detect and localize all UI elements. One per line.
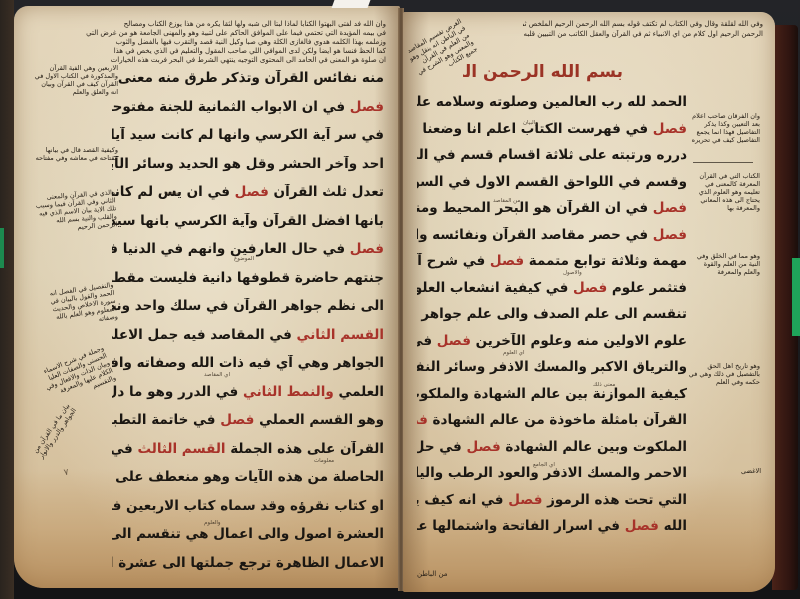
rubric-heading: والنمط الثاني xyxy=(243,384,334,400)
text-line: في سر آية الكرسي وانها لم كانت سيد آيات … xyxy=(112,127,384,143)
right-green-marker xyxy=(792,258,800,336)
text-segment: في حال العارفين وانهم في الدنيا في جنة ع… xyxy=(112,241,350,257)
header-note-line: كما الحظ فنسا هو أيضا ولكن لدى الموافي ا… xyxy=(34,47,386,56)
left-page: وان الله فد لفتى البهتوا الكتابا لماذا ل… xyxy=(14,6,400,588)
margin-note: الكتاب التي في القرآن المعرفة كالمعنى في… xyxy=(688,172,760,242)
text-segment: بانها افضل القرآن وآية الكرسي بانها سيدة… xyxy=(112,213,384,229)
text-line: فصل في ان القرآن هو البحر المحيط ومنطو ع… xyxy=(417,200,687,216)
text-segment: في ان الابواب الثمانية للجنة مفتوحة في ا… xyxy=(112,99,350,115)
text-segment: مهمة وثلاثة توابع متممة xyxy=(524,253,687,269)
text-line: مهمة وثلاثة توابع متممة فصل في شرح آحاد … xyxy=(417,253,687,269)
text-segment: القرآن بامثلة ماخوذة من عالم الشهادة xyxy=(428,412,687,428)
text-line: التي تحت هذه الرموز فصل في انه كيف يفضل … xyxy=(417,492,687,508)
header-note-line: وزملمه بهذا الكلمه هدوي فالغازى الكلة وه… xyxy=(34,38,386,47)
rubric-heading: فصل xyxy=(466,439,500,455)
rubric-heading: فصل xyxy=(417,412,428,428)
rubric-heading: القسم الثالث xyxy=(137,441,225,457)
text-line: الى نظم جواهر القرآن في سلك واحد ونظم در… xyxy=(112,298,384,314)
text-line: الجواهر وهي آي فيه ذات الله وصفاته وافعا… xyxy=(112,355,384,371)
text-segment: منه نفائس القرآن وتذكر طرق منه معنى الرح… xyxy=(112,70,384,86)
text-line: الحاصلة من هذه الآيات وهو منعطف على جملة… xyxy=(112,469,384,485)
text-line: بانها افضل القرآن وآية الكرسي بانها سيدة… xyxy=(112,213,384,229)
text-segment: الجواهر وهي آي فيه ذات الله وصفاته وافعا… xyxy=(112,355,384,371)
interlinear-gloss: الموضوع xyxy=(234,256,254,262)
text-segment: في كيفية انشعاب العلوم كلها من الاقسام ا… xyxy=(417,280,573,296)
rubric-heading: فصل xyxy=(653,121,687,137)
text-segment: الاعمال الظاهرة ترجع جملتها الى عشرة اصو… xyxy=(112,555,384,571)
text-line: وهو القسم العملي فصل في خاتمة التطبيق وف… xyxy=(112,412,384,428)
text-segment: في المقاصد فيه جمل الاعلى آيات القرآن وه… xyxy=(112,327,297,343)
text-segment: في حصر مقاصد القرآن ونفائسه وانها ترجع ا… xyxy=(417,227,653,243)
header-note-line: الرحمن الرحيم اول كلام من اي الانبياء ثم… xyxy=(523,30,763,39)
left-cover-edge xyxy=(0,0,14,599)
text-segment: درره ورتبته على ثلاثة اقسام قسم في المقد… xyxy=(417,147,687,163)
text-line: فصل في فهرست الكتاب اعلم انا وضعنا هذا ا… xyxy=(417,121,687,137)
text-line: درره ورتبته على ثلاثة اقسام قسم في المقد… xyxy=(417,147,687,163)
interlinear-gloss: اي العلوم xyxy=(503,350,525,356)
text-segment: الله xyxy=(659,518,687,534)
margin-note: وان الفرقان صاحب اعلام بعد التعيين وكذا … xyxy=(688,112,760,172)
text-segment: في خاتمة التطبيق وفيه بيان العذر في الاق… xyxy=(112,412,220,428)
header-note-line: وفي الله لقلقة وقال وفي الكتاب لم تكتف ق… xyxy=(523,20,763,29)
margin-note: الاغضى xyxy=(721,467,761,479)
text-segment: في ان القرآن هو البحر المحيط ومنطو على ا… xyxy=(417,200,653,216)
rubric-heading: فصل xyxy=(573,280,607,296)
margin-rule xyxy=(693,162,753,163)
text-line: العشرة اصول والى اعمال هي تنقسم الى الاع… xyxy=(112,526,384,542)
interlinear-gloss: معنى ذلك xyxy=(593,382,615,388)
text-segment: جنتهم حاضرة قطوفها دانية فليست مقطوعة ول… xyxy=(112,270,384,286)
text-line: القرآن على هذه الجملة القسم الثالث في ال… xyxy=(112,441,384,457)
interlinear-gloss: اي المقاصد xyxy=(204,372,230,378)
text-line: فصل في حال العارفين وانهم في الدنيا في ج… xyxy=(112,241,384,257)
text-line: فتثمر علوم فصل في كيفية انشعاب العلوم كل… xyxy=(417,280,687,296)
text-segment: في سر آية الكرسي وانها لم كانت سيد آيات … xyxy=(112,127,384,143)
rubric-heading: فصل xyxy=(220,412,254,428)
rubric-heading: القسم الثاني xyxy=(297,327,384,343)
text-line: علوم الاولين منه وعلوم الآخرين فصل في بي… xyxy=(417,333,687,349)
margin-note: والذي في القرآن والمعنى الثاني وفي القرآ… xyxy=(35,188,121,283)
rubric-heading: فصل xyxy=(235,184,269,200)
header-note-line: في بيمه المؤيدة التي تحتمي فيما على المو… xyxy=(34,29,386,38)
rubric-heading: فصل xyxy=(653,200,687,216)
text-line: تعدل ثلث القرآن فصل في ان يس لم كانت قلب… xyxy=(112,184,384,200)
text-segment: في انه كيف يفضل بعض آيات القرآن على بعض … xyxy=(417,492,508,508)
text-line: احد وآخر الحشر وقل هو الحديد وسائر الآيا… xyxy=(112,156,384,172)
interlinear-gloss: والعلوم xyxy=(204,520,221,526)
text-line: العلمي والنمط الثاني في الدرر وهو ما دل … xyxy=(112,384,384,400)
rubric-heading: فصل xyxy=(437,333,471,349)
text-segment: التي تحت هذه الرموز xyxy=(542,492,687,508)
text-segment: في حل الرموز التي تحت اسم الترياق الاكبر… xyxy=(417,439,466,455)
text-segment: والترياق الاكبر والمسك الاذفر وسائر النف… xyxy=(417,359,687,375)
text-segment: علوم الاولين منه وعلوم الآخرين xyxy=(471,333,687,349)
text-segment: الى نظم جواهر القرآن في سلك واحد ونظم در… xyxy=(112,298,384,314)
text-segment: وقسم في اللواحق القسم الاول في السوابق و… xyxy=(417,174,687,190)
rubric-heading: فصل xyxy=(653,227,687,243)
text-line: او كتاب نقرؤه وقد سماه كتاب الاربعين في … xyxy=(112,498,384,514)
margin-note: وهو تاريخ اهل الحق بالتفصيل في ذلك وهي ف… xyxy=(688,362,760,412)
text-segment: الحاصلة من هذه الآيات وهو منعطف على جملة… xyxy=(112,469,384,485)
interlinear-gloss: والبيان xyxy=(523,120,538,126)
interlinear-gloss: اي الجامع xyxy=(533,462,555,468)
text-segment: الملكوت وبين عالم الشهادة xyxy=(501,439,687,455)
text-line: وقسم في اللواحق القسم الاول في السوابق و… xyxy=(417,174,687,190)
text-line: الملكوت وبين عالم الشهادة فصل في حل الرم… xyxy=(417,439,687,455)
interlinear-gloss: من المقاصد xyxy=(493,198,520,204)
rubric-heading: فصل xyxy=(490,253,524,269)
left-green-marker xyxy=(0,228,4,268)
text-line: فصل في ان الابواب الثمانية للجنة مفتوحة … xyxy=(112,99,384,115)
margin-note: وكيفية القصد قال في بيانها مفتاحه في معا… xyxy=(34,146,118,186)
text-segment: في اللواحق ومقصوده حصر جمل المقاصد xyxy=(112,441,137,457)
text-segment: احد وآخر الحشر وقل هو الحديد وسائر الآيا… xyxy=(112,156,384,172)
text-segment: العشرة اصول والى اعمال هي تنقسم الى الاع… xyxy=(112,526,384,542)
text-segment: في الدرر وهو ما دل فيه على الصراط المستق… xyxy=(112,384,243,400)
text-segment: القرآن على هذه الجملة xyxy=(226,441,384,457)
margin-note: الاربعين وهي الفية القرآن والمذكورة في ا… xyxy=(34,64,118,144)
text-segment: في شرح آحاد الاقسام الستة وانها تتشعب xyxy=(417,253,490,269)
text-segment: في بيان اشتمال القرآن على الكبريت الاحمر xyxy=(417,333,437,349)
rubric-heading: فصل xyxy=(350,241,384,257)
text-segment: فتثمر علوم xyxy=(607,280,687,296)
text-line: منه نفائس القرآن وتذكر طرق منه معنى الرح… xyxy=(112,70,384,86)
catchword: من الباطن xyxy=(417,570,448,578)
text-segment: تنقسم الى علم الصدف والى علم جواهر وفي ب… xyxy=(417,306,687,322)
margin-note: والتفصيل في الفصل انه الحمد والقول بالبي… xyxy=(34,281,123,361)
text-line: جنتهم حاضرة قطوفها دانية فليست مقطوعة ول… xyxy=(112,270,384,286)
text-segment: كيفية الموازنة بين عالم الشهادة والملكوت xyxy=(417,386,687,402)
text-segment: تعدل ثلث القرآن xyxy=(269,184,384,200)
text-line: فصل في حصر مقاصد القرآن ونفائسه وانها تر… xyxy=(417,227,687,243)
text-line: والترياق الاكبر والمسك الاذفر وسائر النف… xyxy=(417,359,687,375)
rubric-heading: فصل xyxy=(350,99,384,115)
interlinear-gloss: معلومات xyxy=(314,458,334,464)
rubric-heading: فصل xyxy=(625,518,659,534)
text-line: القرآن بامثلة ماخوذة من عالم الشهادة فصل… xyxy=(417,412,687,428)
right-page: وفي الله لقلقة وقال وفي الكتاب لم تكتف ق… xyxy=(403,12,775,592)
rubric-heading: فصل xyxy=(508,492,542,508)
text-line: تنقسم الى علم الصدف والى علم جواهر وفي ب… xyxy=(417,306,687,322)
text-segment: او كتاب نقرؤه وقد سماه كتاب الاربعين في … xyxy=(112,498,384,514)
text-line: الاعمال الظاهرة ترجع جملتها الى عشرة اصو… xyxy=(112,555,384,571)
interlinear-gloss: والاصول xyxy=(563,270,582,276)
paper-scrap xyxy=(332,0,371,8)
margin-note: وهو مما في الخلق وفي النية من العلم والق… xyxy=(688,252,760,302)
text-line: الله فصل في اسرار الفاتحة واشتمالها على … xyxy=(417,518,687,534)
interlinear-gloss: مقصود xyxy=(164,190,180,196)
text-line: كيفية الموازنة بين عالم الشهادة والملكوت… xyxy=(417,386,687,402)
text-segment: العلمي xyxy=(334,384,384,400)
text-line: القسم الثاني في المقاصد فيه جمل الاعلى آ… xyxy=(112,327,384,343)
text-segment: وهو القسم العملي xyxy=(254,412,384,428)
header-note-line: وان الله فد لفتى البهتوا الكتابا لماذا ل… xyxy=(34,20,386,29)
text-segment: في اسرار الفاتحة واشتمالها على ثمانية اص… xyxy=(417,518,625,534)
